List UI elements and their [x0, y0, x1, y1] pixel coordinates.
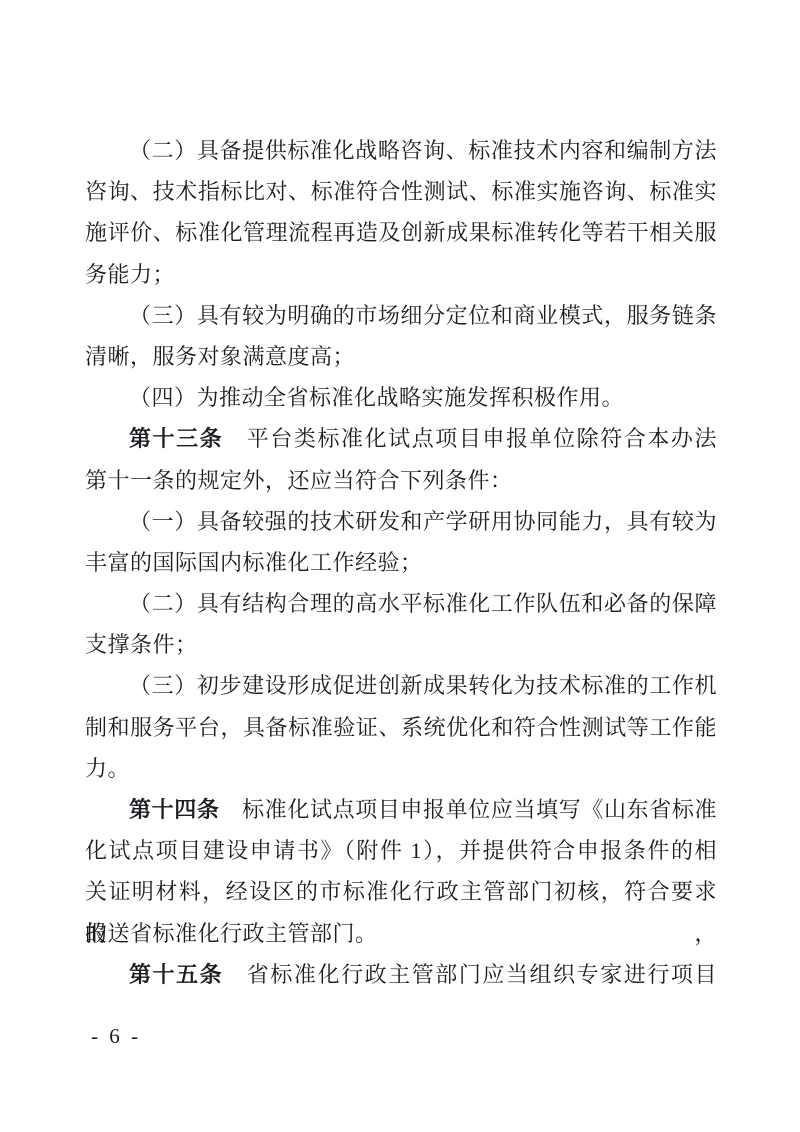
body-text: （一）具备较强的技术研发和产学研用协同能力，具有较为 [129, 509, 717, 534]
text-line: 关证明材料，经设区的市标准化行政主管部门初核，符合要求的， [85, 871, 717, 912]
text-line: 第十四条 标准化试点项目申报单位应当填写《山东省标准 [85, 789, 717, 830]
body-text: 省标准化行政主管部门应当组织专家进行项目 [223, 962, 717, 987]
text-line: 力。 [85, 748, 717, 789]
body-text: （二）具有结构合理的高水平标准化工作队伍和必备的保障 [129, 591, 717, 616]
text-line: 丰富的国际国内标准化工作经验； [85, 542, 717, 583]
body-text: 务能力； [85, 262, 175, 287]
text-line: 第十三条 平台类标准化试点项目申报单位除符合本办法 [85, 418, 717, 459]
text-line: 务能力； [85, 254, 717, 295]
text-line: 化试点项目建设申请书》（附件 1），并提供符合申报条件的相 [85, 830, 717, 871]
body-text: （三）具有较为明确的市场细分定位和商业模式，服务链条 [129, 303, 717, 328]
page-number: - 6 - [91, 1024, 141, 1049]
text-line: 清晰，服务对象满意度高； [85, 336, 717, 377]
body-text: 第十一条的规定外，还应当符合下列条件： [85, 468, 513, 493]
body-text: （四）为推动全省标准化战略实施发挥积极作用。 [129, 385, 624, 410]
text-line: （二）具有结构合理的高水平标准化工作队伍和必备的保障 [85, 583, 717, 624]
text-line: （四）为推动全省标准化战略实施发挥积极作用。 [85, 377, 717, 418]
text-line: （一）具备较强的技术研发和产学研用协同能力，具有较为 [85, 501, 717, 542]
text-line: （三）具有较为明确的市场细分定位和商业模式，服务链条 [85, 295, 717, 336]
article-number-label: 第十五条 [129, 962, 223, 987]
document-page: （二）具备提供标准化战略咨询、标准技术内容和编制方法咨询、技术指标比对、标准符合… [0, 0, 800, 1132]
body-text: 标准化试点项目申报单位应当填写《山东省标准 [219, 797, 717, 822]
body-text: 丰富的国际国内标准化工作经验； [85, 550, 423, 575]
text-line: （二）具备提供标准化战略咨询、标准技术内容和编制方法 [85, 130, 717, 171]
document-body: （二）具备提供标准化战略咨询、标准技术内容和编制方法咨询、技术指标比对、标准符合… [85, 130, 717, 995]
body-text: 支撑条件； [85, 632, 198, 657]
body-text: 力。 [85, 756, 130, 781]
text-line: 支撑条件； [85, 624, 717, 665]
body-text: 咨询、技术指标比对、标准符合性测试、标准实施咨询、标准实 [85, 179, 717, 204]
body-text: 平台类标准化试点项目申报单位除符合本办法 [223, 426, 717, 451]
text-line: 第十一条的规定外，还应当符合下列条件： [85, 460, 717, 501]
body-text: （二）具备提供标准化战略咨询、标准技术内容和编制方法 [129, 138, 717, 163]
body-text: 报送省标准化行政主管部门。 [85, 921, 378, 946]
text-line: 施评价、标准化管理流程再造及创新成果标准转化等若干相关服 [85, 212, 717, 253]
text-line: （三）初步建设形成促进创新成果转化为技术标准的工作机 [85, 665, 717, 706]
text-line: 咨询、技术指标比对、标准符合性测试、标准实施咨询、标准实 [85, 171, 717, 212]
body-text: （三）初步建设形成促进创新成果转化为技术标准的工作机 [129, 673, 717, 698]
article-number-label: 第十四条 [129, 797, 219, 822]
body-text: 制和服务平台，具备标准验证、系统优化和符合性测试等工作能 [85, 715, 717, 740]
text-line: 制和服务平台，具备标准验证、系统优化和符合性测试等工作能 [85, 707, 717, 748]
body-text: 化试点项目建设申请书》（附件 1），并提供符合申报条件的相 [85, 838, 717, 863]
body-text: 清晰，服务对象满意度高； [85, 344, 355, 369]
body-text: 施评价、标准化管理流程再造及创新成果标准转化等若干相关服 [85, 220, 717, 245]
text-line: 第十五条 省标准化行政主管部门应当组织专家进行项目 [85, 954, 717, 995]
article-number-label: 第十三条 [129, 426, 223, 451]
